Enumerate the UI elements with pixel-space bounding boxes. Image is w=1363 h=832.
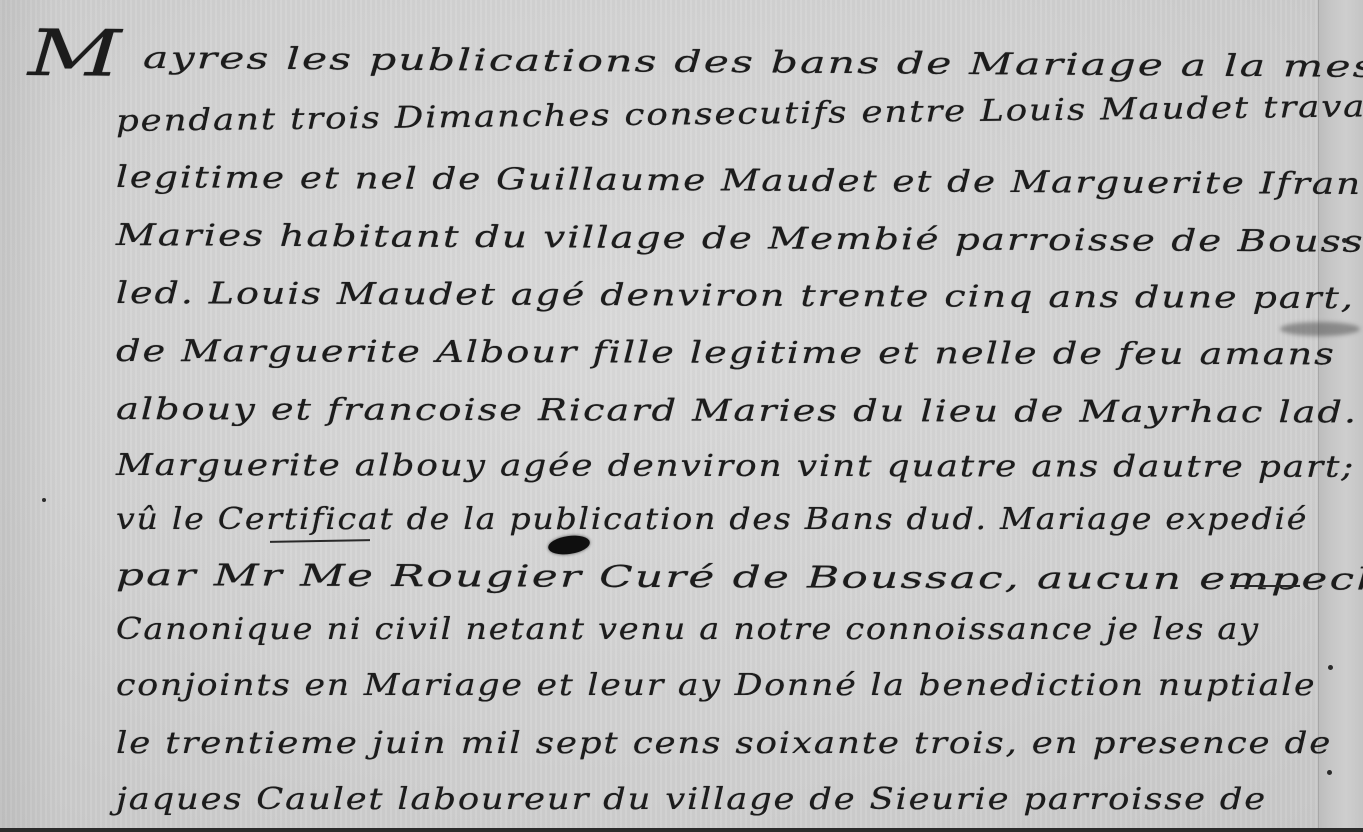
scan-bottom-edge — [0, 828, 1363, 832]
manuscript-line-9: vû le Certificat de la publication des B… — [116, 502, 1308, 537]
line-text: Marguerite albouy agée denviron vint qua… — [116, 448, 1355, 485]
margin-ink-speck — [1328, 665, 1333, 670]
manuscript-line-12: conjoints en Mariage et leur ay Donné la… — [116, 668, 1316, 703]
line-text: Maries habitant du village de Membié par… — [116, 218, 1363, 260]
line-text: conjoints en Mariage et leur ay Donné la… — [116, 668, 1316, 703]
manuscript-line-2: pendant trois Dimanches consecutifs entr… — [116, 87, 1363, 139]
margin-ink-speck — [42, 498, 46, 502]
line-end-flourish — [1230, 585, 1300, 587]
line-text: de Marguerite Albour fille legitime et n… — [116, 334, 1336, 372]
decorated-initial: M — [27, 17, 123, 92]
line-text: vû le Certificat de la publication des B… — [116, 502, 1308, 537]
manuscript-line-14: jaques Caulet laboureur du village de Si… — [116, 782, 1267, 817]
manuscript-line-4: Maries habitant du village de Membié par… — [116, 218, 1363, 260]
line-text: led. Louis Maudet agé denviron trente ci… — [116, 276, 1363, 316]
manuscript-line-10: par Mr Me Rougier Curé de Boussac, aucun… — [116, 558, 1363, 598]
manuscript-line-6: de Marguerite Albour fille legitime et n… — [116, 334, 1336, 372]
line-text: le trentieme juin mil sept cens soixante… — [116, 726, 1332, 761]
certificat-underline — [270, 539, 370, 542]
line-text: pendant trois Dimanches consecutifs entr… — [116, 87, 1363, 139]
margin-ink-speck — [1327, 770, 1332, 775]
manuscript-line-5: led. Louis Maudet agé denviron trente ci… — [116, 276, 1363, 316]
line-text: ayres les publications des bans de Maria… — [143, 41, 1363, 88]
ink-smudge — [1280, 322, 1360, 336]
line-text: Canonique ni civil netant venu a notre c… — [116, 612, 1260, 647]
line-text: albouy et francoise Ricard Maries du lie… — [116, 392, 1358, 430]
manuscript-line-1: Mayres les publications des bans de Mari… — [28, 22, 1363, 99]
margin-ink-speck — [1342, 238, 1347, 243]
manuscript-line-8: Marguerite albouy agée denviron vint qua… — [116, 448, 1355, 485]
manuscript-page: Mayres les publications des bans de Mari… — [0, 0, 1363, 832]
line-text: par Mr Me Rougier Curé de Boussac, aucun… — [116, 558, 1363, 598]
manuscript-line-13: le trentieme juin mil sept cens soixante… — [116, 726, 1332, 761]
manuscript-line-11: Canonique ni civil netant venu a notre c… — [116, 612, 1260, 647]
manuscript-line-7: albouy et francoise Ricard Maries du lie… — [116, 392, 1358, 430]
manuscript-line-3: legitime et nel de Guillaume Maudet et d… — [116, 160, 1363, 203]
line-text: legitime et nel de Guillaume Maudet et d… — [116, 160, 1363, 203]
line-text: jaques Caulet laboureur du village de Si… — [116, 782, 1267, 817]
